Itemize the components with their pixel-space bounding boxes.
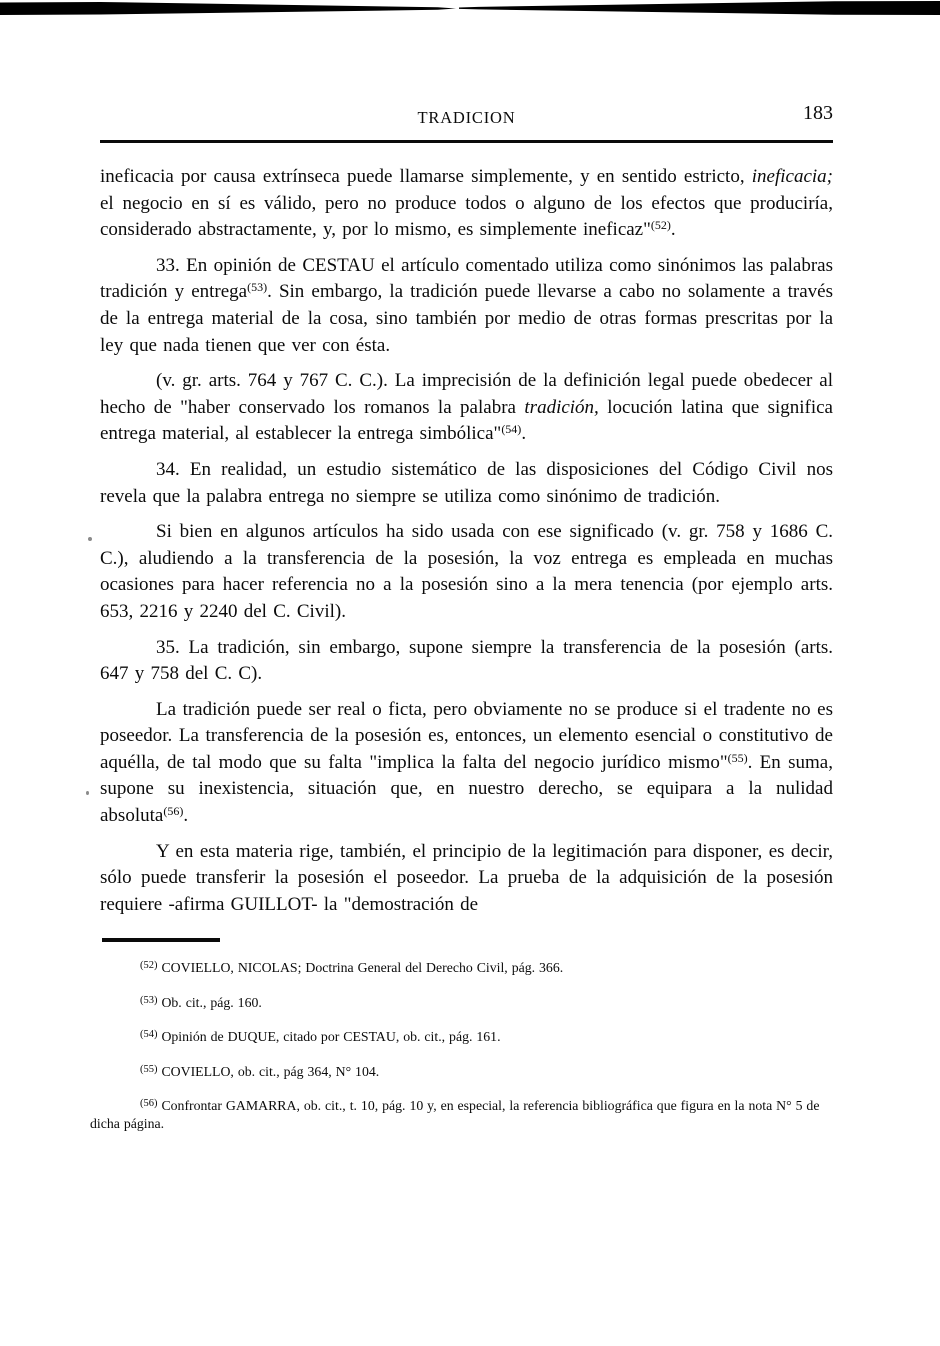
footnote-reference: (52) (651, 218, 671, 232)
footnote-reference: (53) (247, 280, 267, 294)
footnotes: (52) COVIELLO, NICOLAS; Doctrina General… (90, 959, 835, 1132)
page-number: 183 (803, 102, 833, 125)
footnote: (52) COVIELLO, NICOLAS; Doctrina General… (90, 959, 835, 977)
scanned-book-page: TRADICION 183 ineficacia por causa extrí… (0, 0, 940, 1346)
running-head: TRADICION 183 (100, 106, 833, 136)
footnote-marker: (54) (140, 1029, 158, 1040)
header-rule (100, 140, 833, 143)
paragraph: ineficacia por causa extrínseca puede ll… (100, 164, 833, 244)
paragraph: Y en esta materia rige, también, el prin… (100, 839, 833, 919)
footnote: (54) Opinión de DUQUE, citado por CESTAU… (90, 1028, 835, 1046)
scan-speck (86, 791, 89, 795)
footnote: (56) Confrontar GAMARRA, ob. cit., t. 10… (90, 1097, 835, 1132)
footnote: (53) Ob. cit., pág. 160. (90, 994, 835, 1012)
footnote-text: Confrontar GAMARRA, ob. cit., t. 10, pág… (90, 1098, 819, 1131)
paragraph: Si bien en algunos artículos ha sido usa… (100, 519, 833, 625)
page-title: TRADICION (100, 108, 833, 128)
footnote-marker: (55) (140, 1064, 158, 1075)
paragraph: 34. En realidad, un estudio sistemático … (100, 457, 833, 510)
footnote-text: Opinión de DUQUE, citado por CESTAU, ob.… (158, 1029, 501, 1044)
footnote-text: COVIELLO, ob. cit., pág 364, N° 104. (158, 1064, 380, 1079)
footnote-marker: (56) (140, 1098, 158, 1109)
paragraph: La tradición puede ser real o ficta, per… (100, 697, 833, 830)
body-text: ineficacia por causa extrínseca puede ll… (100, 164, 833, 918)
scan-speck (88, 537, 92, 541)
scan-artifact-top-bar-left (0, 2, 456, 15)
footnote-text: Ob. cit., pág. 160. (158, 995, 262, 1010)
footnote-reference: (56) (163, 804, 183, 818)
footnote-reference: (55) (728, 751, 748, 765)
footnote: (55) COVIELLO, ob. cit., pág 364, N° 104… (90, 1063, 835, 1081)
footnote-marker: (53) (140, 995, 158, 1006)
footnote-text: COVIELLO, NICOLAS; Doctrina General del … (158, 960, 564, 975)
footnote-reference: (54) (501, 422, 521, 436)
paragraph: 33. En opinión de CESTAU el artículo com… (100, 253, 833, 359)
paragraph: (v. gr. arts. 764 y 767 C. C.). La impre… (100, 368, 833, 448)
footnote-divider (102, 938, 220, 942)
paragraph: 35. La tradición, sin embargo, supone si… (100, 635, 833, 688)
footnote-marker: (52) (140, 960, 158, 971)
scan-artifact-top-bar-right (459, 1, 940, 15)
